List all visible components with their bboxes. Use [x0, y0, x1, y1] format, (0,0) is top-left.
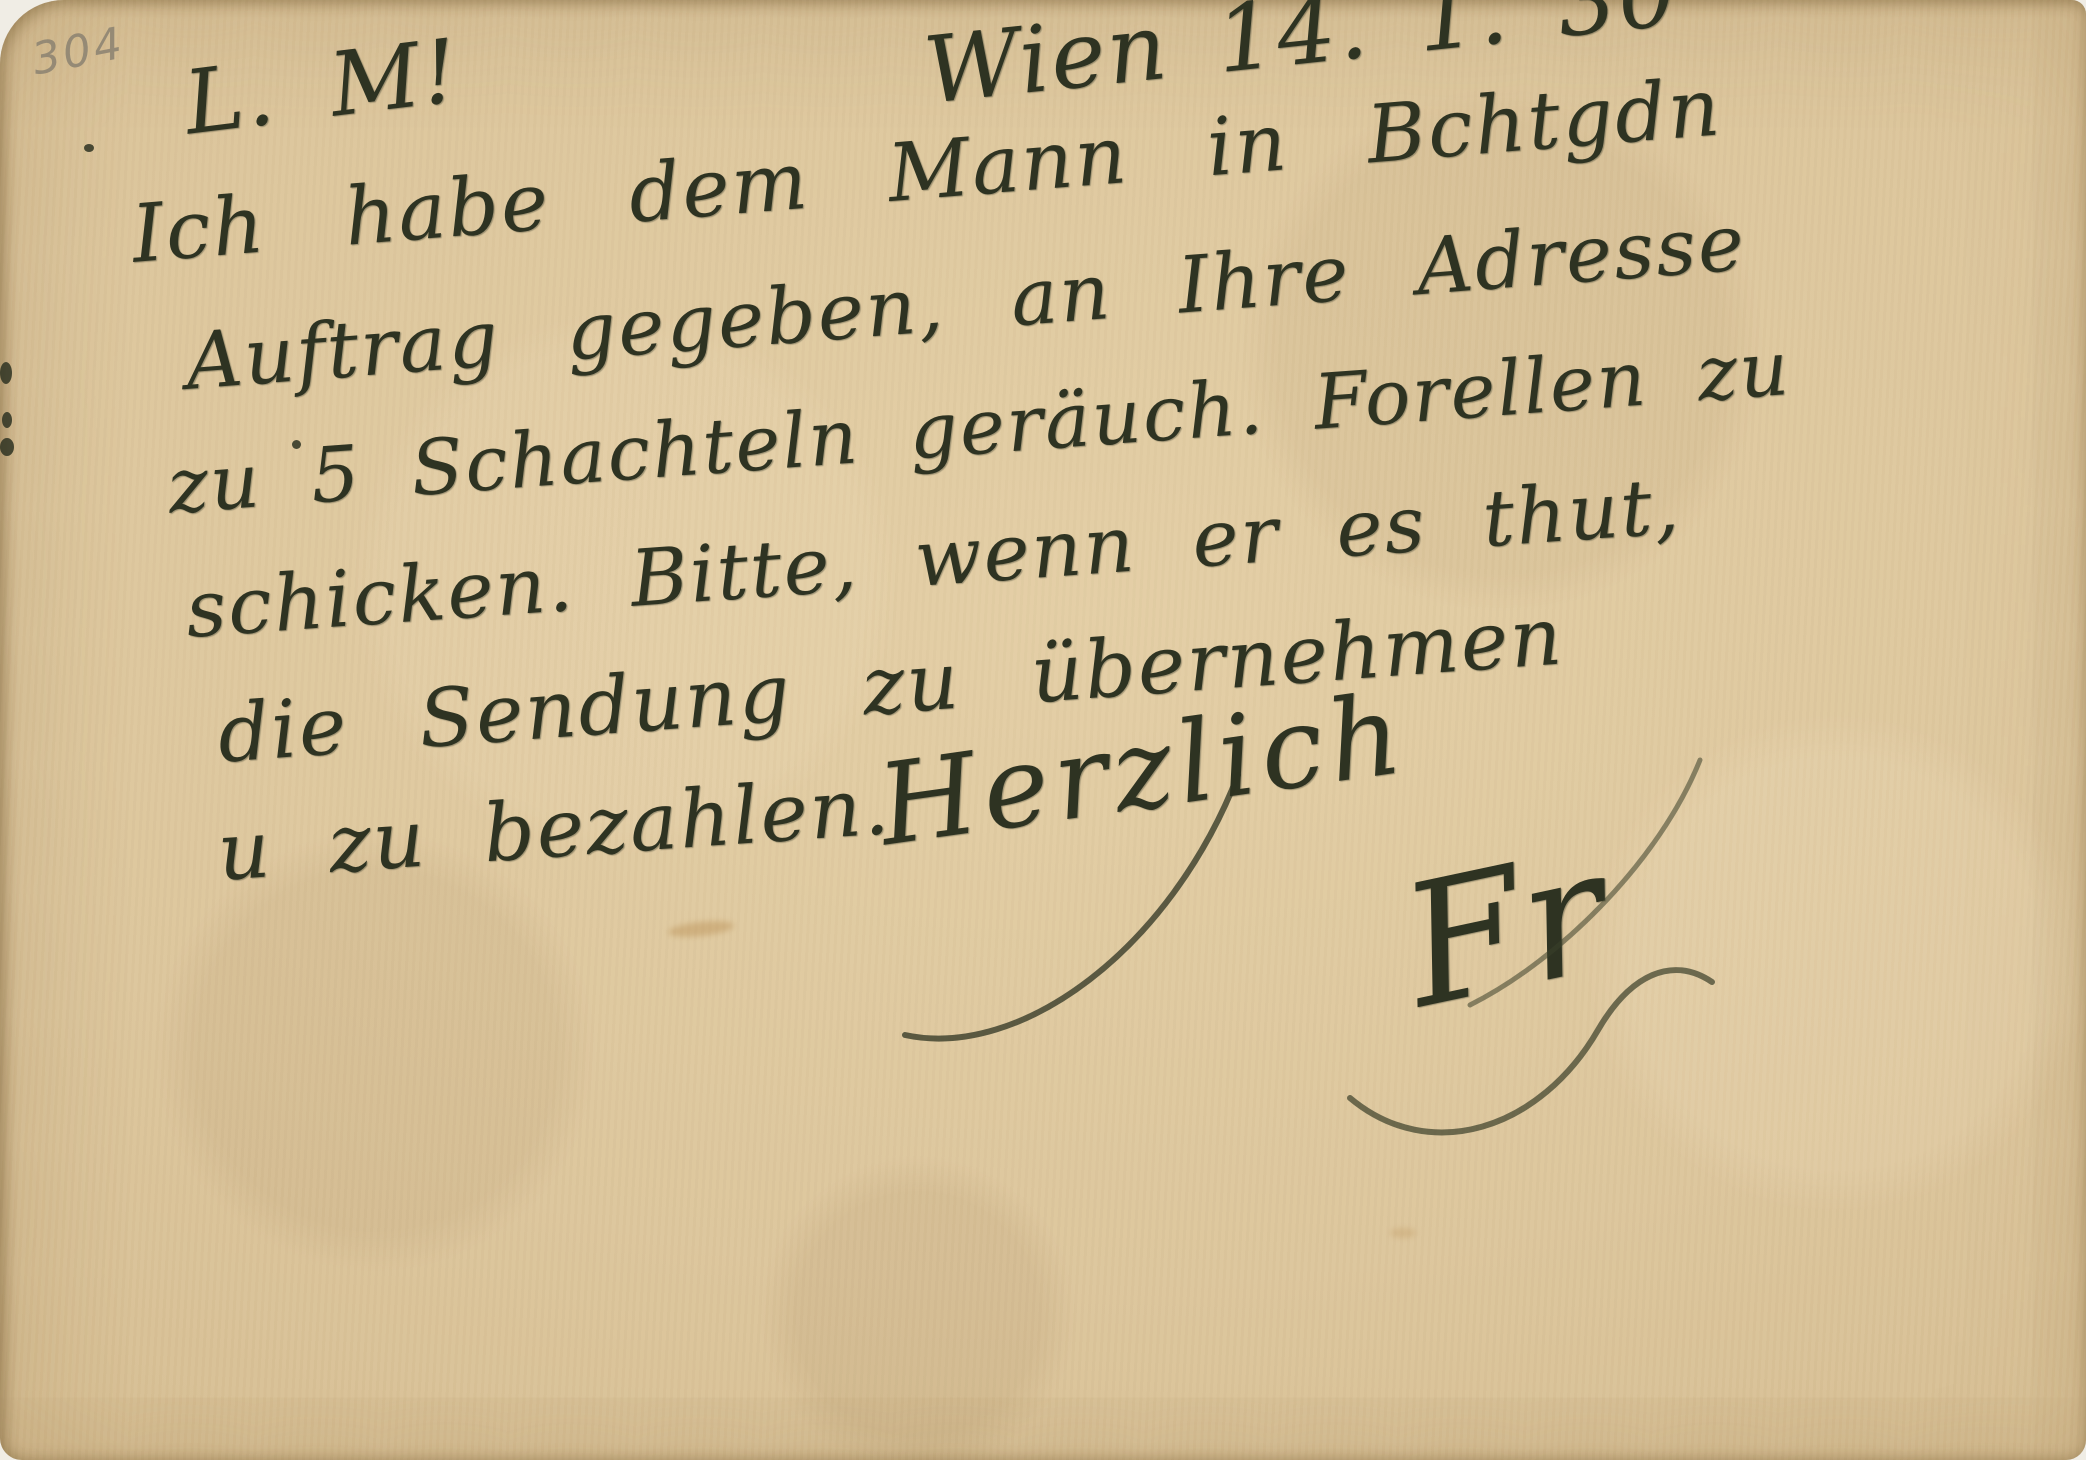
ink-speck — [84, 144, 94, 152]
paper-stain — [1390, 1228, 1416, 1238]
scanned-postcard: 304 L. M! Wien 14. 1. 30 Ich habe dem Ma… — [0, 0, 2086, 1460]
ink-speck — [0, 438, 14, 456]
signature: Fr — [1388, 812, 1625, 1045]
ink-speck — [0, 362, 12, 384]
ink-speck — [292, 440, 301, 449]
ink-speck — [2, 412, 12, 428]
